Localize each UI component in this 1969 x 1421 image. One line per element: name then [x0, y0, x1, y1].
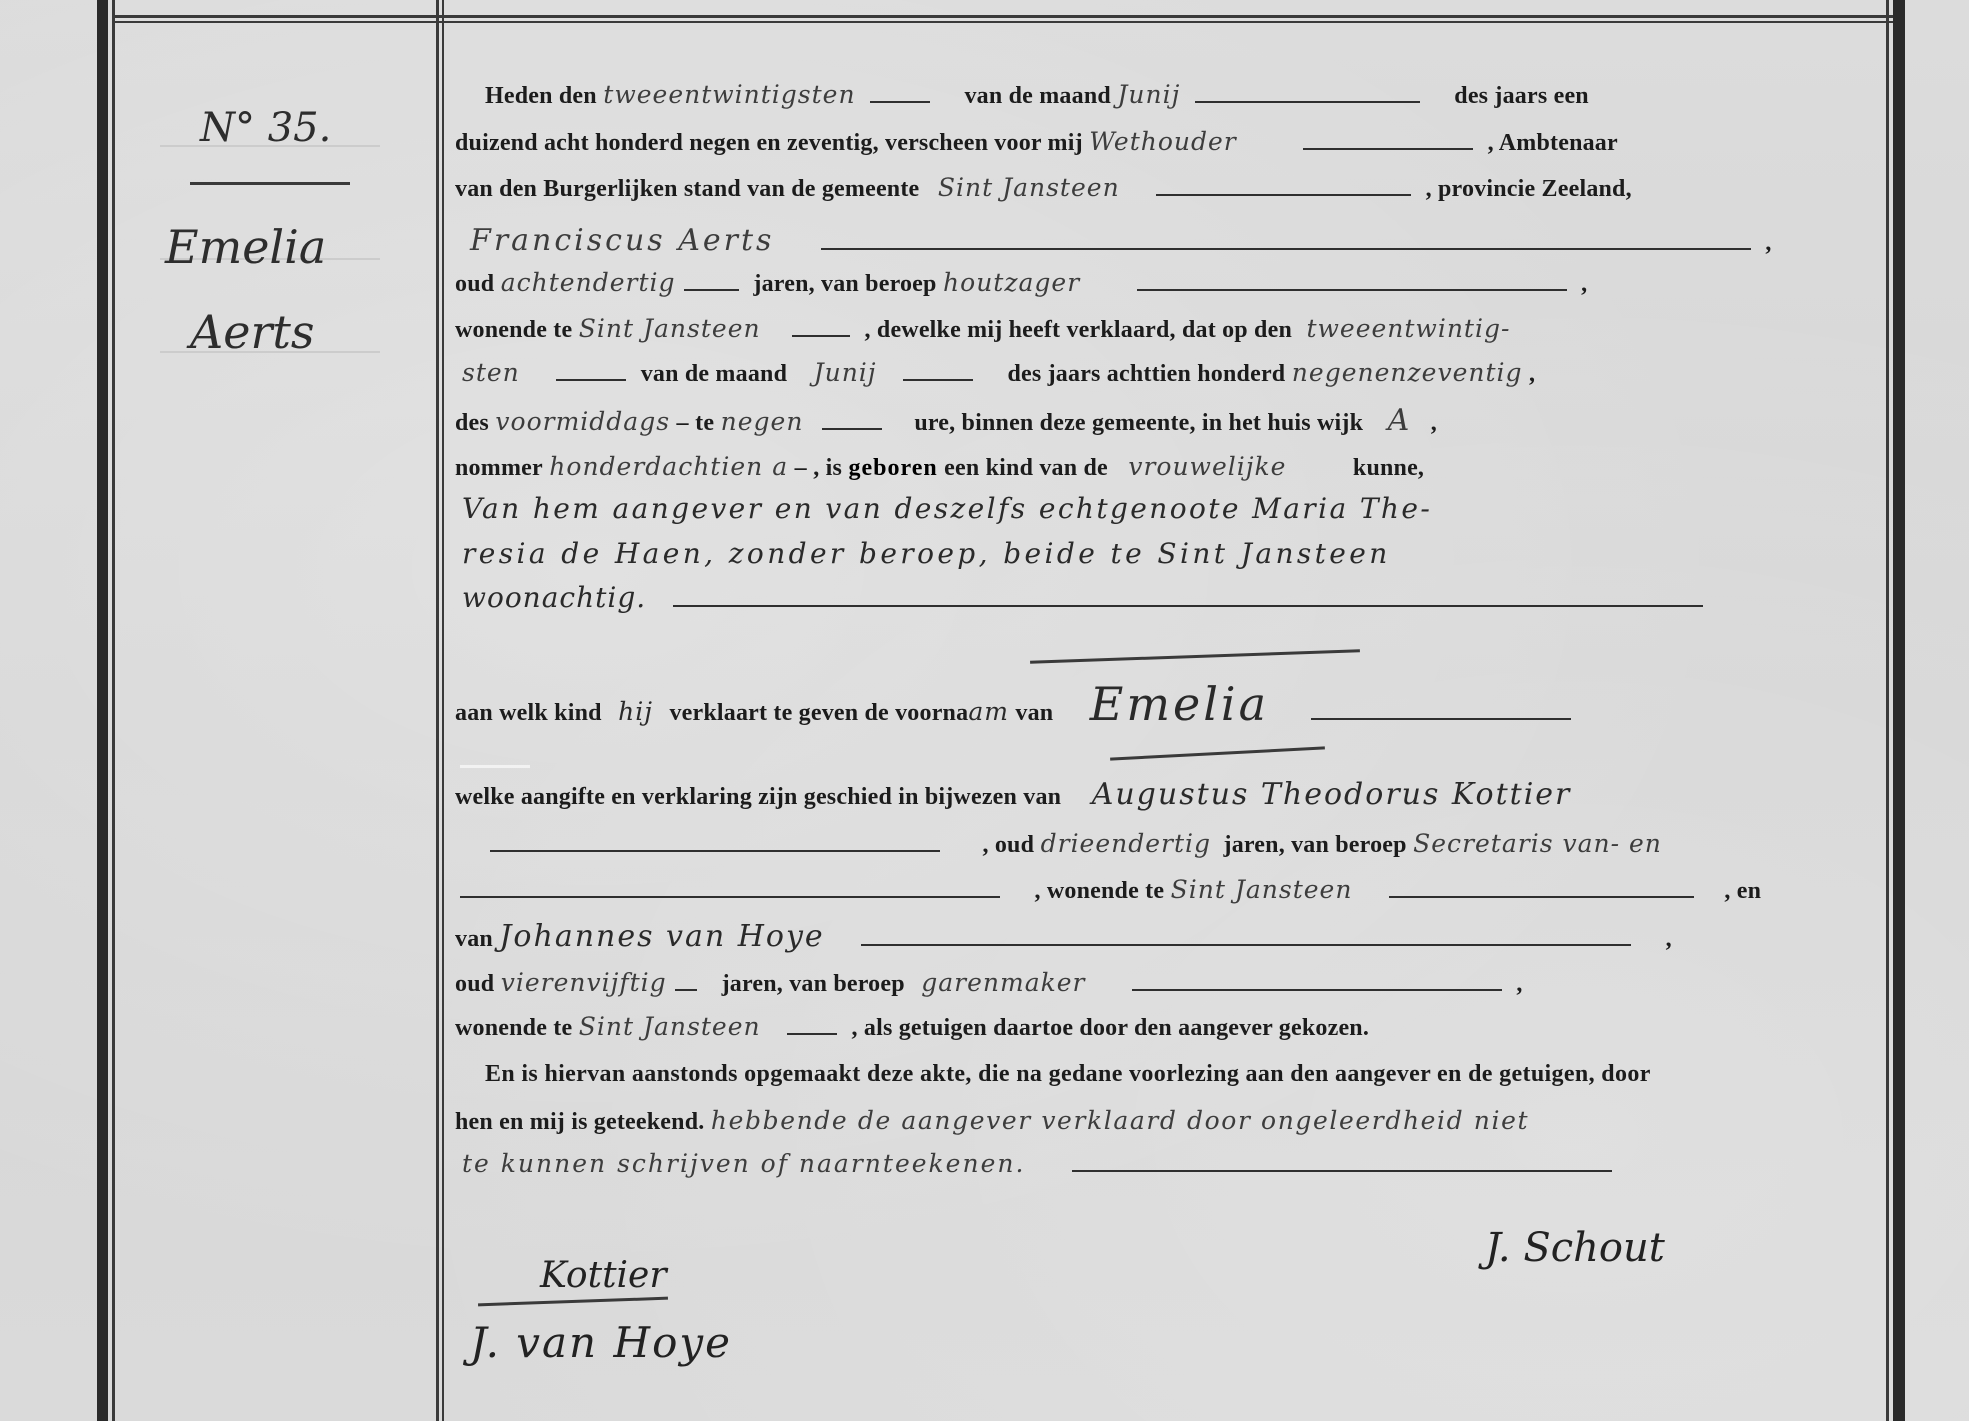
handwritten-municipality: Sint Jansteen — [938, 173, 1120, 202]
line-13: aan welk kind hij verklaart te geven de … — [455, 689, 1579, 728]
handwritten-official-title: Wethouder — [1089, 127, 1237, 156]
handwritten-witness1-residence: Sint Jansteen — [1171, 875, 1353, 904]
entry-number: N° 35. — [200, 105, 331, 151]
line-6: wonende te Sint Jansteen , dewelke mij h… — [455, 314, 1510, 345]
handwritten-witness2-residence: Sint Jansteen — [579, 1012, 761, 1041]
handwritten-residence: Sint Jansteen — [579, 314, 761, 343]
line-16: , wonende te Sint Jansteen , en — [460, 875, 1761, 906]
handwritten-house-number: honderdachtien a — [549, 452, 788, 481]
line-21: hen en mij is geteekend. hebbende de aan… — [455, 1106, 1529, 1137]
line-10: Van hem aangever en van deszelfs echtgen… — [462, 494, 1432, 526]
handwritten-hour: negen — [721, 407, 804, 436]
margin-column-border-2 — [442, 0, 444, 1421]
margin-surname: Aerts — [190, 305, 315, 359]
handwritten-time-of-day: voormiddags — [495, 407, 670, 436]
handwritten-day: tweeentwintigsten — [603, 80, 855, 109]
handwritten-witness1-name: Augustus Theodorus Kottier — [1092, 777, 1572, 812]
signature-witness1: Kottier — [540, 1255, 667, 1296]
line-17: van Johannes van Hoye , — [455, 922, 1672, 954]
line-3: van den Burgerlijken stand van de gemeen… — [455, 173, 1632, 204]
line-18: oud vierenvijftig jaren, van beroep gare… — [455, 968, 1523, 999]
handwritten-annotation-2: te kunnen schrijven of naarnteekenen. — [462, 1149, 1025, 1178]
line-12: woonachtig. — [462, 583, 1711, 615]
line-19: wonende te Sint Jansteen , als getuigen … — [455, 1012, 1369, 1043]
left-thin-border — [112, 0, 115, 1421]
handwritten-mother-clause-2: resia de Haen, zonder beroep, beide te S… — [462, 537, 1391, 570]
handwritten-declarant-name: Franciscus Aerts — [470, 223, 774, 258]
line-15: , oud drieendertig jaren, van beroep Sec… — [490, 829, 1662, 860]
signature-official: J. Schout — [1485, 1225, 1665, 1271]
line-22: te kunnen schrijven of naarnteekenen. — [462, 1149, 1620, 1180]
handwritten-birth-year: negenenzeventig — [1292, 358, 1523, 387]
handwritten-mother-clause-3: woonachtig. — [462, 581, 646, 614]
top-border-2 — [112, 21, 1897, 23]
line-8: des voormiddags – te negen ure, binnen d… — [455, 406, 1437, 438]
line-7: sten van de maand Junij des jaars achtti… — [462, 358, 1535, 389]
line-20: En is hiervan aanstonds opgemaakt deze a… — [485, 1059, 1651, 1089]
line-1: Heden den tweeentwintigsten van de maand… — [485, 80, 1589, 111]
handwritten-declarant-occupation: houtzager — [943, 268, 1080, 297]
geboren-label: geboren — [848, 455, 937, 481]
signature-witness2: J. van Hoye — [470, 1318, 732, 1367]
left-thick-border — [97, 0, 108, 1421]
handwritten-witness1-occupation: Secretaris van- en — [1413, 829, 1662, 858]
handwritten-mother-clause-1: Van hem aangever en van deszelfs echtgen… — [462, 492, 1432, 525]
line-11: resia de Haen, zonder beroep, beide te S… — [462, 539, 1391, 571]
handwritten-birth-month: Junij — [814, 358, 877, 387]
line-5: oud achtendertig jaren, van beroep houtz… — [455, 268, 1587, 299]
handwritten-district: A — [1388, 403, 1411, 438]
handwritten-birth-day: tweeentwintig- — [1306, 314, 1510, 343]
handwritten-witness2-occupation: garenmaker — [921, 968, 1085, 997]
handwritten-declarant-age: achtendertig — [501, 268, 676, 297]
handwritten-pronoun: hij — [618, 697, 653, 726]
right-thin-border — [1886, 0, 1889, 1421]
handwritten-witness2-age: vierenvijftig — [501, 968, 667, 997]
line-14: welke aangifte en verklaring zijn geschi… — [455, 780, 1571, 812]
line-2: duizend acht honderd negen en zeventig, … — [455, 127, 1618, 158]
handwritten-annotation-1: hebbende de aangever verklaard door onge… — [711, 1106, 1529, 1135]
handwritten-witness1-age: drieendertig — [1041, 829, 1211, 858]
handwritten-witness2-name: Johannes van Hoye — [499, 919, 824, 954]
handwritten-month: Junij — [1117, 80, 1180, 109]
top-border — [112, 15, 1897, 18]
handwritten-sex: vrouwelijke — [1128, 452, 1286, 481]
margin-given-name: Emelia — [165, 220, 326, 274]
line-9: nommer honderdachtien a – , is geboren e… — [455, 452, 1424, 483]
line-4: Franciscus Aerts , — [470, 226, 1772, 258]
margin-column-border — [436, 0, 439, 1421]
handwritten-child-name: Emelia — [1090, 677, 1269, 731]
signature-underline — [478, 1297, 668, 1307]
entry-number-underline — [190, 182, 350, 185]
document-page: N° 35. Emelia Aerts Heden den tweeentwin… — [0, 0, 1969, 1421]
right-thick-border — [1893, 0, 1905, 1421]
